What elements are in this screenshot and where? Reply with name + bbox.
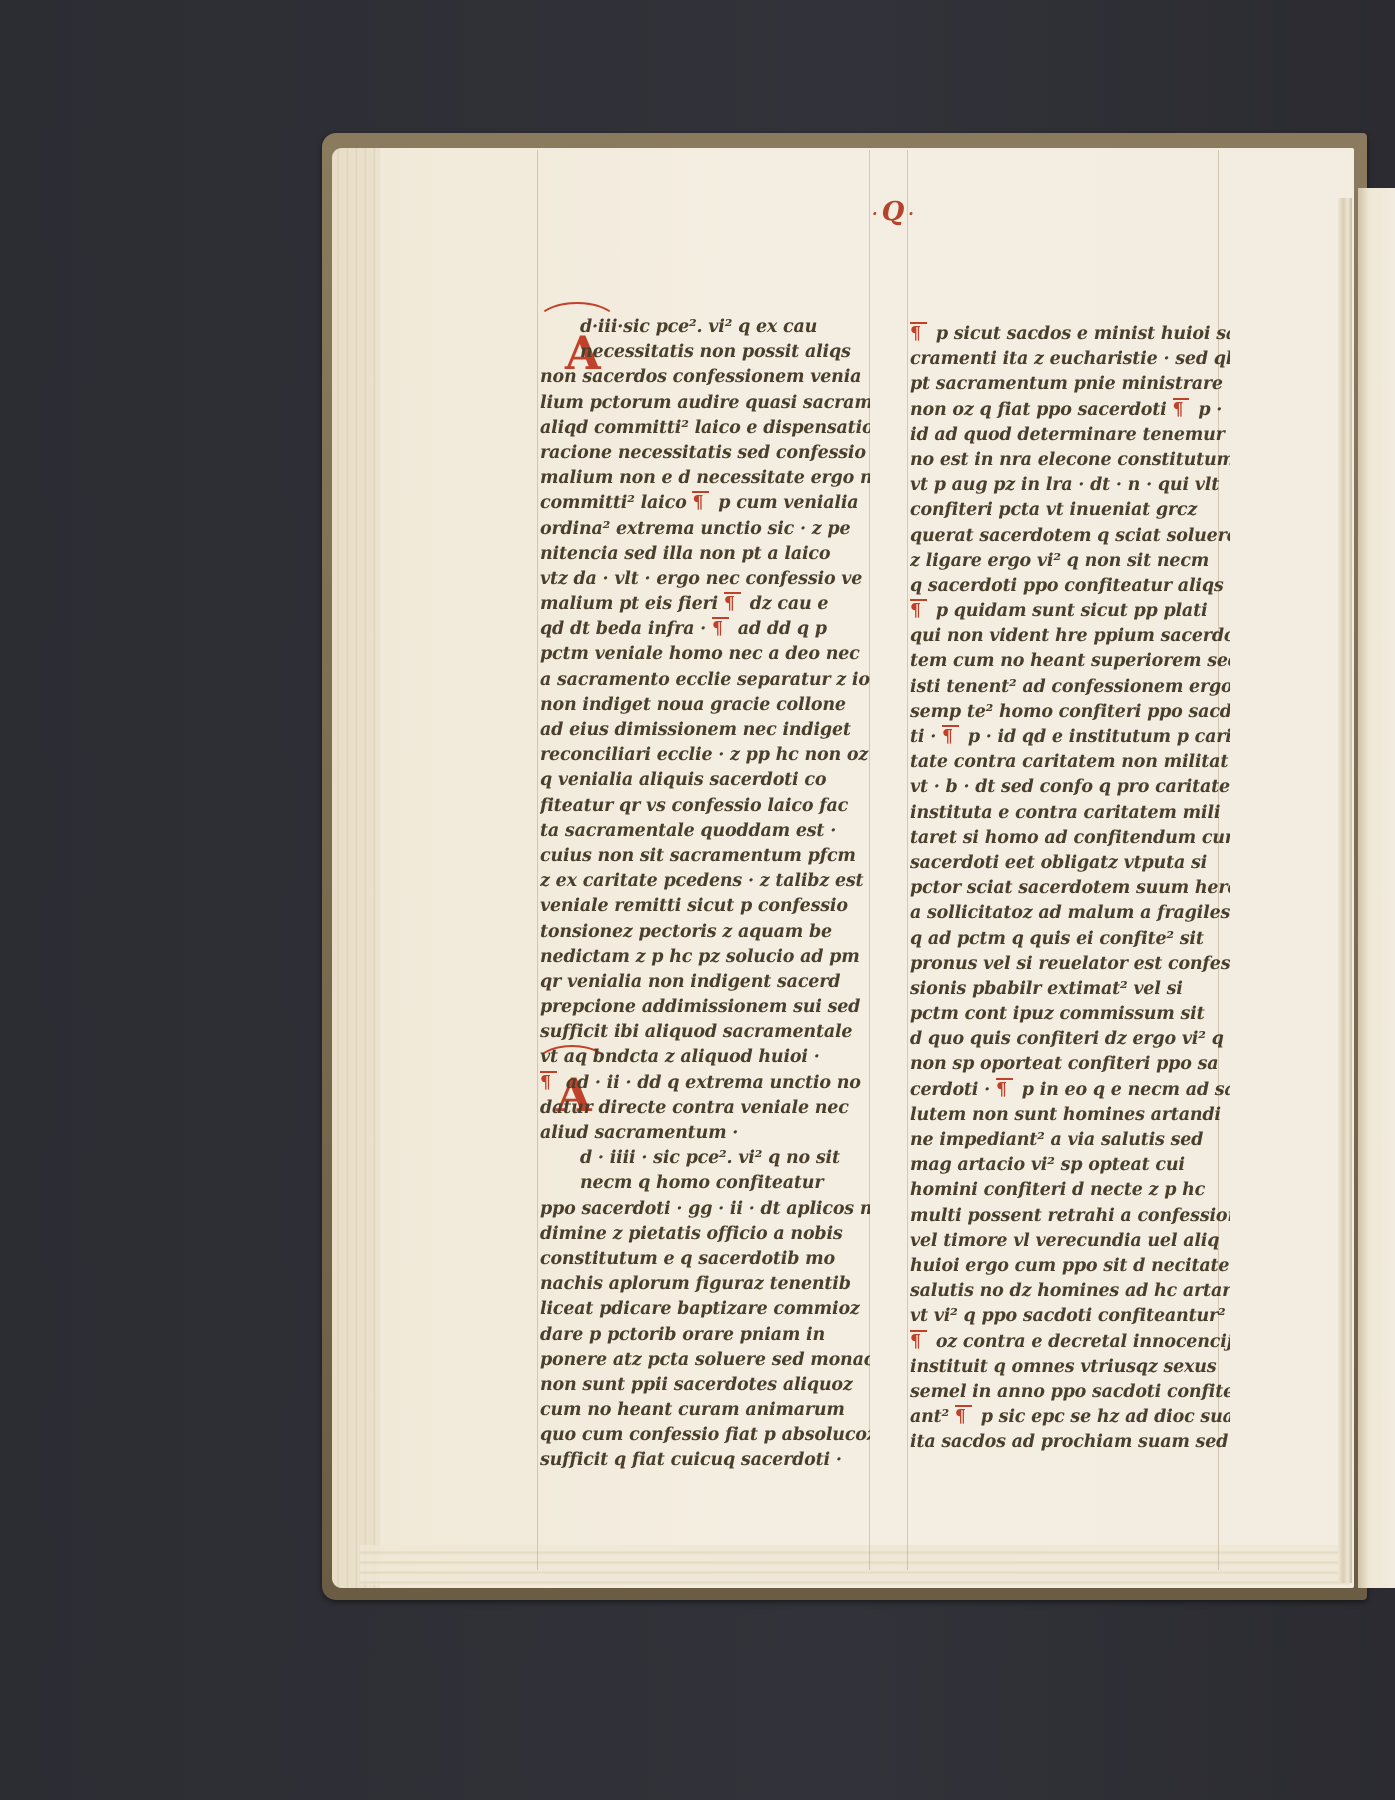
text-line: dimine z pietatis officio a nobis: [540, 1222, 870, 1247]
text-line: pctm cont ipuz commissum sit: [910, 1002, 1230, 1027]
text-line: vtz da · vlt · ergo nec confessio ve: [540, 567, 870, 592]
text-line: vt aq bndcta z aliquod huioi ·: [540, 1045, 870, 1070]
text-line: cramenti ita z eucharistie · sed qlz: [910, 347, 1230, 372]
text-line: ti · ¶ p · id qd e institutum p cari: [910, 725, 1230, 750]
text-line: non indiget noua gracie collone: [540, 693, 870, 718]
folio-dot-right: ·: [908, 204, 914, 223]
paragraph-mark-icon: ¶: [540, 1071, 557, 1093]
text-line: q ad pctm q quis ei confite² sit: [910, 927, 1230, 952]
text-line: tonsionez pectoris z aquam be: [540, 920, 870, 945]
text-line: qr venialia non indigent sacerd: [540, 970, 870, 995]
paragraph-mark-icon: ¶: [692, 491, 709, 513]
text-line: huioi ergo cum ppo sit d necitate: [910, 1254, 1230, 1279]
text-line: vt p aug pz in lra · dt · n · qui vlt: [910, 473, 1230, 498]
paragraph-mark-icon: ¶: [712, 617, 729, 639]
text-line: quo cum confessio fiat p absolucoz: [540, 1423, 870, 1448]
text-line: multi possent retrahi a confessione: [910, 1204, 1230, 1229]
text-line: necessitatis non possit aliqs: [540, 340, 870, 365]
text-line: nedictam z p hc pz solucio ad pm: [540, 945, 870, 970]
text-line: vt vi² q ppo sacdoti confiteantur²: [910, 1304, 1230, 1329]
ruling-line: [907, 150, 908, 1570]
text-line: ponere atz pcta soluere sed monachi: [540, 1348, 870, 1373]
text-line: cum no heant curam animarum: [540, 1398, 870, 1423]
text-line: homini confiteri d necte z p hc: [910, 1178, 1230, 1203]
text-line: ppo sacerdoti · gg · ii · dt aplicos mo: [540, 1197, 870, 1222]
paragraph-mark-icon: ¶: [910, 322, 927, 344]
text-line: cuius non sit sacramentum pfcm: [540, 844, 870, 869]
paragraph-mark-icon: ¶: [1173, 398, 1190, 420]
text-line: reconciliari ecclie · z pp hc non oz: [540, 743, 870, 768]
text-line: semel in anno ppo sacdoti confite: [910, 1380, 1230, 1405]
folio-dot-left: ·: [872, 204, 878, 223]
text-line: sufficit ibi aliquod sacramentale: [540, 1020, 870, 1045]
text-line: salutis no dz homines ad hc artari: [910, 1279, 1230, 1304]
text-line: ita sacdos ad prochiam suam sed no: [910, 1430, 1230, 1455]
text-line: sionis pbabilr extimat² vel si: [910, 977, 1230, 1002]
text-line: d · iiii · sic pce². vi² q no sit: [540, 1146, 870, 1171]
text-line: instituta e contra caritatem mili: [910, 801, 1230, 826]
folio-mark: ·Q·: [868, 197, 918, 227]
text-line: pt sacramentum pnie ministrare: [910, 372, 1230, 397]
text-line: id ad quod determinare tenemur: [910, 423, 1230, 448]
text-column-right: ¶ p sicut sacdos e minist huioi sa crame…: [910, 322, 1230, 1455]
text-line: q sacerdoti ppo confiteatur aliqs: [910, 574, 1230, 599]
text-line: ¶ oz contra e decretal innocencij qui: [910, 1330, 1230, 1355]
text-line: ant² ¶ p sic epc se hz ad dioc sua: [910, 1405, 1230, 1430]
text-line: datur directe contra veniale nec: [540, 1096, 870, 1121]
paragraph-mark-icon: ¶: [910, 1330, 927, 1352]
text-line: z ex caritate pcedens · z talibz est: [540, 869, 870, 894]
text-line: q venialia aliquis sacerdoti co: [540, 768, 870, 793]
text-line: fiteatur qr vs confessio laico fac: [540, 794, 870, 819]
text-line: lium pctorum audire quasi sacram: [540, 391, 870, 416]
text-line: racione necessitatis sed confessio ve: [540, 441, 870, 466]
text-line: tate contra caritatem non militat: [910, 750, 1230, 775]
text-line: qui non vident hre ppium sacerdo: [910, 624, 1230, 649]
text-line: committi² laico ¶ p cum venialia: [540, 491, 870, 516]
text-line: d quo quis confiteri dz ergo vi² q: [910, 1027, 1230, 1052]
text-line: malium pt eis fieri ¶ dz cau e: [540, 592, 870, 617]
text-line: confiteri pcta vt inueniat grcz: [910, 498, 1230, 523]
text-line: veniale remitti sicut p confessio: [540, 894, 870, 919]
text-line: nachis aplorum figuraz tenentib: [540, 1272, 870, 1297]
text-line: ne impediant² a via salutis sed: [910, 1128, 1230, 1153]
text-line: non sp oporteat confiteri ppo sa: [910, 1052, 1230, 1077]
text-line: malium non e d necessitate ergo no: [540, 466, 870, 491]
text-line: non sacerdos confessionem venia: [540, 365, 870, 390]
paragraph-mark-icon: ¶: [910, 599, 927, 621]
text-line: pronus vel si reuelator est confes: [910, 952, 1230, 977]
text-line: pctor sciat sacerdotem suum hereticm: [910, 876, 1230, 901]
text-line: vel timore vl verecundia uel aliq: [910, 1229, 1230, 1254]
text-line: ¶ ad · ii · dd q extrema unctio no: [540, 1071, 870, 1096]
text-line: semp te² homo confiteri ppo sacdo: [910, 700, 1230, 725]
text-line: ta sacramentale quoddam est ·: [540, 819, 870, 844]
text-line: necm q homo confiteatur: [540, 1171, 870, 1196]
text-line: pctm veniale homo nec a deo nec: [540, 642, 870, 667]
text-line: ¶ p sicut sacdos e minist huioi sa: [910, 322, 1230, 347]
text-line: qd dt beda infra · ¶ ad dd q p: [540, 617, 870, 642]
text-line: sufficit q fiat cuicuq sacerdoti ·: [540, 1448, 870, 1473]
paragraph-mark-icon: ¶: [724, 592, 741, 614]
text-line: sacerdoti eet obligatz vtputa si: [910, 851, 1230, 876]
text-line: cerdoti · ¶ p in eo q e necm ad sa: [910, 1078, 1230, 1103]
text-line: no est in nra elecone constitutum: [910, 448, 1230, 473]
text-line: mag artacio vi² sp opteat cui: [910, 1153, 1230, 1178]
text-line: ordina² extrema unctio sic · z pe: [540, 517, 870, 542]
text-line: nitencia sed illa non pt a laico: [540, 542, 870, 567]
binding-gutter: [1338, 198, 1352, 1583]
text-line: tem cum no heant superiorem sed: [910, 649, 1230, 674]
page-edge-stack: [332, 148, 380, 1588]
text-line: a sollicitatoz ad malum a fragiles: [910, 901, 1230, 926]
text-line: prepcione addimissionem sui sed: [540, 995, 870, 1020]
text-line: non sunt ppii sacerdotes aliquoz: [540, 1373, 870, 1398]
text-line: instituit q omnes vtriusqz sexus: [910, 1355, 1230, 1380]
text-line: d·iii·sic pce². vi² q ex cau: [540, 315, 870, 340]
ruling-line: [537, 150, 538, 1570]
text-line: constitutum e q sacerdotib mo: [540, 1247, 870, 1272]
paragraph-mark-icon: ¶: [996, 1078, 1013, 1100]
text-line: z ligare ergo vi² q non sit necm: [910, 549, 1230, 574]
text-line: dare p pctorib orare pniam in: [540, 1323, 870, 1348]
text-column-left: d·iii·sic pce². vi² q ex cau necessitati…: [540, 315, 870, 1474]
text-line: isti tenent² ad confessionem ergo non: [910, 675, 1230, 700]
text-line: liceat pdicare baptizare commioz: [540, 1297, 870, 1322]
text-line: aliud sacramentum ·: [540, 1121, 870, 1146]
text-line: non oz q fiat ppo sacerdoti ¶ p ·: [910, 398, 1230, 423]
text-line: ad eius dimissionem nec indiget: [540, 718, 870, 743]
text-line: aliqd committi² laico e dispensatio: [540, 416, 870, 441]
paragraph-mark-icon: ¶: [955, 1405, 972, 1427]
page-bottom-edges: [360, 1545, 1350, 1585]
text-line: taret si homo ad confitendum cum: [910, 826, 1230, 851]
text-line: vt · b · dt sed confo q pro caritate: [910, 775, 1230, 800]
paragraph-mark-icon: ¶: [942, 725, 959, 747]
text-line: ¶ p quidam sunt sicut pp plati: [910, 599, 1230, 624]
text-line: lutem non sunt homines artandi: [910, 1103, 1230, 1128]
text-line: querat sacerdotem q sciat soluere: [910, 524, 1230, 549]
folio-letter: Q: [882, 197, 905, 227]
text-line: a sacramento ecclie separatur z io: [540, 668, 870, 693]
facing-page-edge: [1358, 188, 1395, 1588]
